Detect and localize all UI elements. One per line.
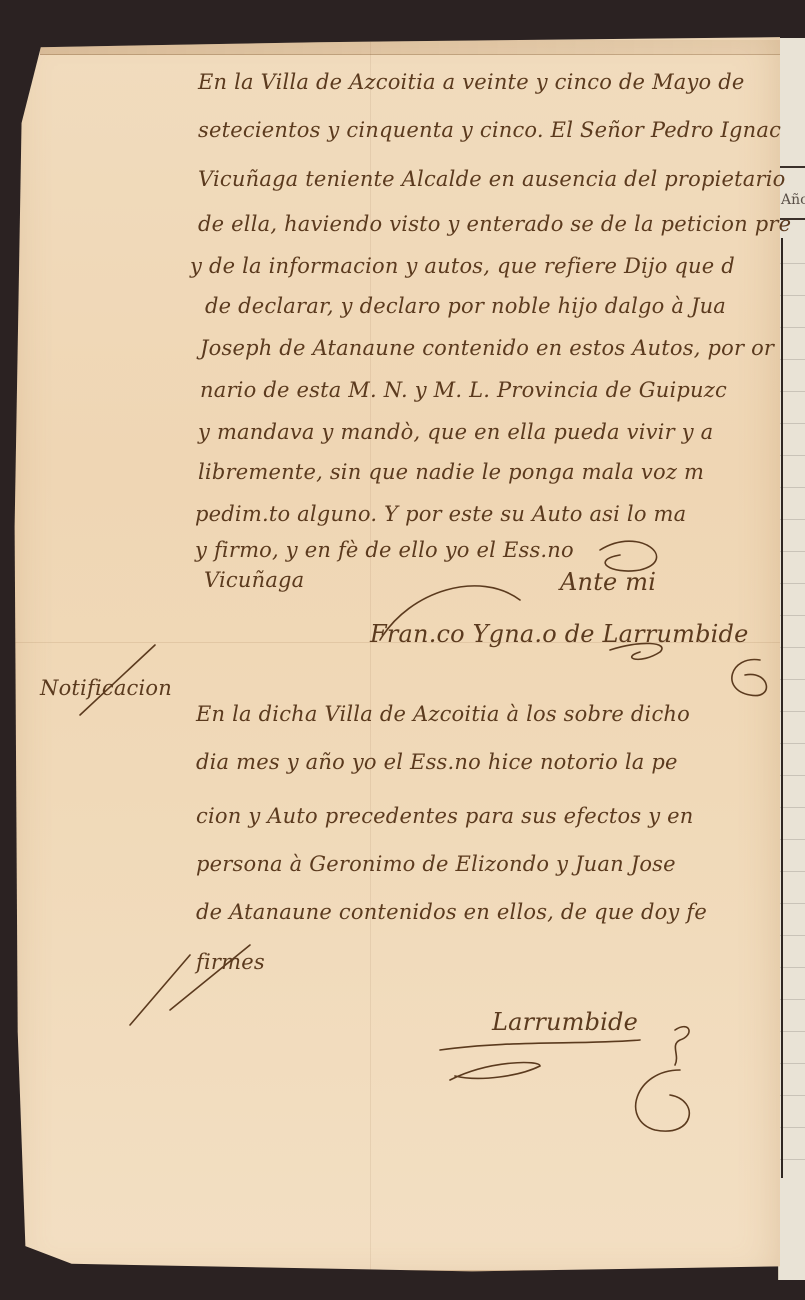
signature-flourish-icon: [340, 530, 780, 710]
manuscript-line: setecientos y cinquenta y cinco. El Seño…: [198, 118, 781, 142]
manuscript-line: Joseph de Atanaune contenido en estos Au…: [200, 336, 774, 360]
manuscript-line: de Atanaune contenidos en ellos, de que …: [196, 900, 707, 924]
manuscript-line: cion y Auto precedentes para sus efectos…: [196, 804, 694, 828]
firmes-flourish-icon: [110, 940, 270, 1030]
signature-rubric-icon: [430, 1010, 730, 1150]
margin-slash-icon: [70, 640, 210, 720]
signature-vicunaga: Vicuñaga: [204, 568, 304, 592]
manuscript-line: y de la informacion y autos, que refiere…: [190, 254, 735, 278]
manuscript-line: pedim.to alguno. Y por este su Auto asi …: [195, 502, 686, 526]
manuscript-line: libremente, sin que nadie le ponga mala …: [198, 460, 704, 484]
ledger-vertical-rule: [781, 238, 783, 1178]
manuscript-line: Vicuñaga teniente Alcalde en ausencia de…: [198, 167, 786, 191]
manuscript-line: persona à Geronimo de Elizondo y Juan Jo…: [196, 852, 676, 876]
manuscript-line: de declarar, y declaro por noble hijo da…: [205, 294, 726, 318]
manuscript-line: y mandava y mandò, que en ella pueda viv…: [198, 420, 713, 444]
manuscript-line: En la dicha Villa de Azcoitia à los sobr…: [196, 702, 690, 726]
manuscript-line: dia mes y año yo el Ess.no hice notorio …: [196, 750, 678, 774]
manuscript-line: En la Villa de Azcoitia a veinte y cinco…: [198, 70, 745, 94]
ledger-year-label: Año: [781, 192, 805, 208]
manuscript-line: nario de esta M. N. y M. L. Provincia de…: [200, 378, 727, 402]
manuscript-line: de ella, haviendo visto y enterado se de…: [198, 212, 791, 236]
